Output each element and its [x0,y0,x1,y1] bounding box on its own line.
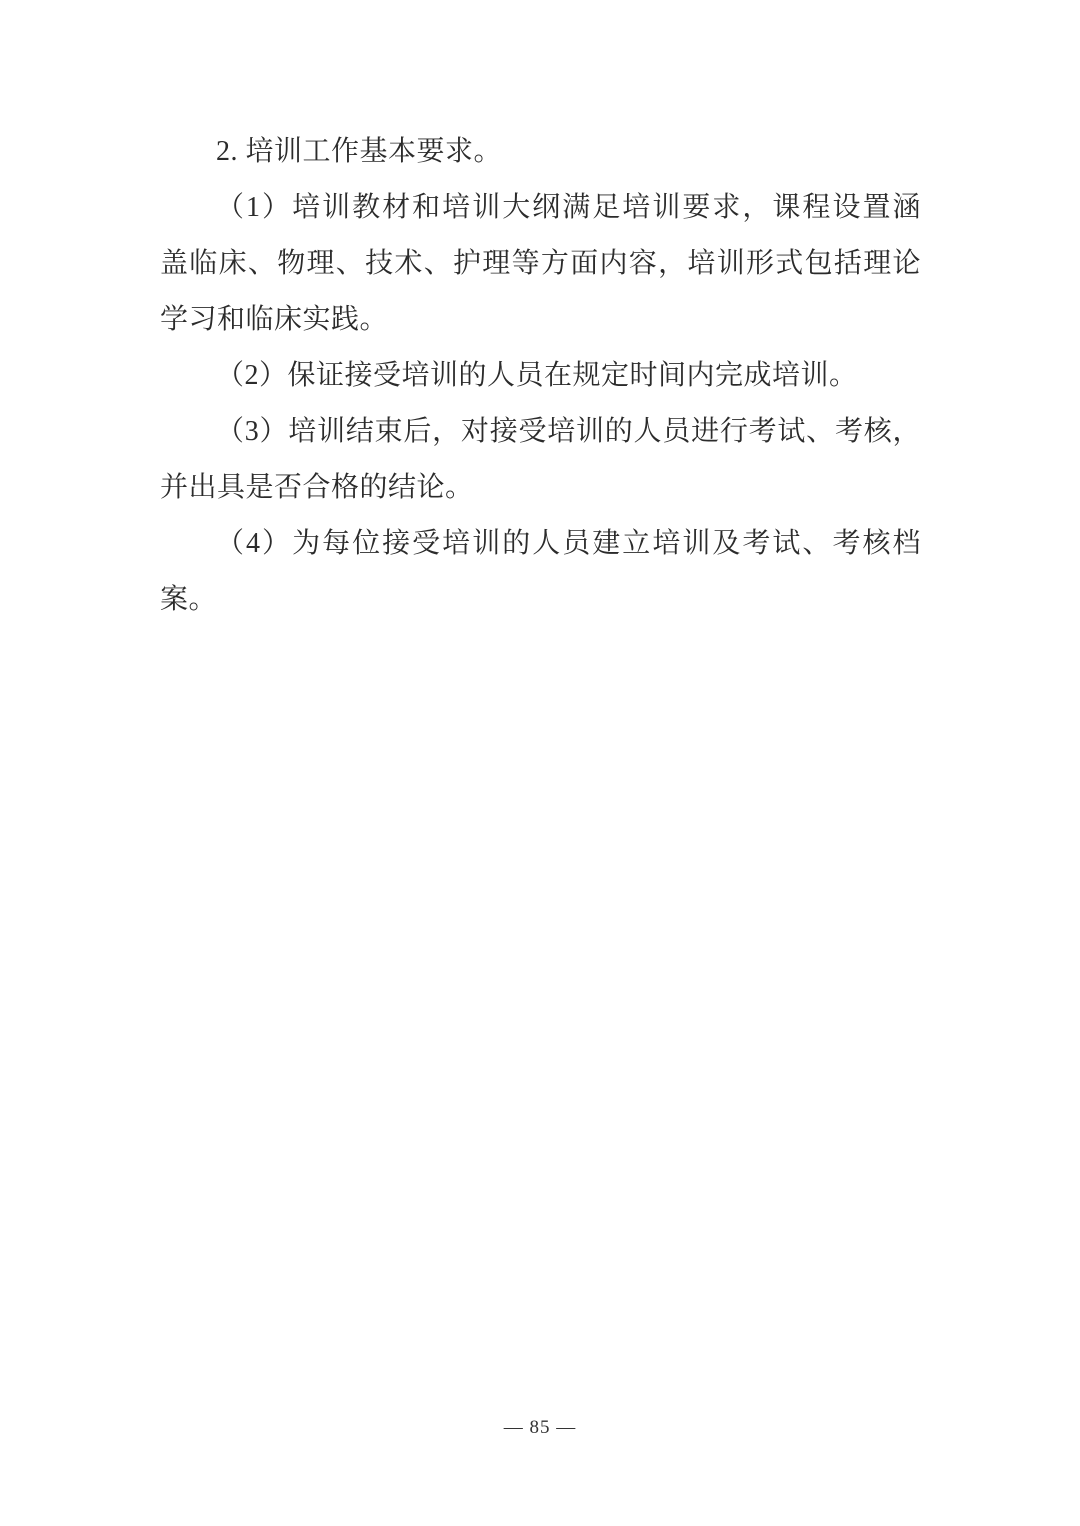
text-line: （3）培训结束后，对接受培训的人员进行考试、考核， [160,404,921,460]
text-line: 2. 培训工作基本要求。 [160,124,921,180]
page-number: — 85 — [0,1416,1080,1440]
text-line: 盖临床、物理、技术、护理等方面内容，培训形式包括理论 [160,236,921,292]
text-line: （2）保证接受培训的人员在规定时间内完成培训。 [160,348,921,404]
text-line: （1）培训教材和培训大纲满足培训要求，课程设置涵 [160,180,921,236]
document-body: 2. 培训工作基本要求。 （1）培训教材和培训大纲满足培训要求，课程设置涵 盖临… [160,124,921,628]
text-line: （4）为每位接受培训的人员建立培训及考试、考核档 [160,516,921,572]
text-line: 并出具是否合格的结论。 [160,460,921,516]
text-line: 学习和临床实践。 [160,292,921,348]
document-page: 2. 培训工作基本要求。 （1）培训教材和培训大纲满足培训要求，课程设置涵 盖临… [0,0,1080,1526]
text-line: 案。 [160,572,921,628]
